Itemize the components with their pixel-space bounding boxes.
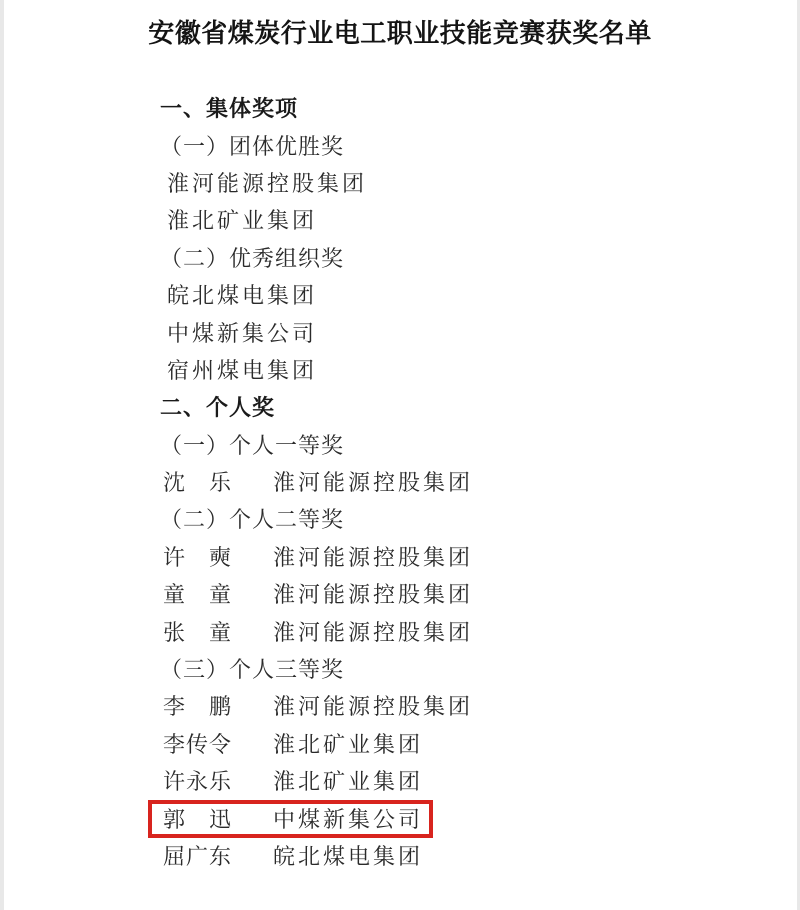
person-name: 郭 迅 xyxy=(163,803,238,834)
subsection-third-prize: （三）个人三等奖 xyxy=(160,650,720,687)
person-name: 张 童 xyxy=(163,616,238,647)
person-org: 淮河能源控股集团 xyxy=(273,578,473,609)
person-row: 屈广东 皖北煤电集团 xyxy=(160,837,720,874)
section-heading-individual: 二、个人奖 xyxy=(160,388,720,425)
person-org: 淮北矿业集团 xyxy=(273,765,423,796)
person-org: 淮河能源控股集团 xyxy=(273,466,473,497)
person-name: 许永乐 xyxy=(163,765,238,796)
person-name: 沈 乐 xyxy=(163,466,238,497)
person-name: 李传令 xyxy=(163,728,238,759)
org-line: 中煤新集公司 xyxy=(160,313,720,350)
person-row: 许 奭 淮河能源控股集团 xyxy=(160,538,720,575)
person-row: 沈 乐 淮河能源控股集团 xyxy=(160,463,720,500)
document-title: 安徽省煤炭行业电工职业技能竞赛获奖名单 xyxy=(0,17,800,51)
org-line: 宿州煤电集团 xyxy=(160,351,720,388)
person-org: 淮河能源控股集团 xyxy=(273,541,473,572)
person-row: 李传令 淮北矿业集团 xyxy=(160,725,720,762)
person-name: 李 鹏 xyxy=(163,690,238,721)
person-row: 李 鹏 淮河能源控股集团 xyxy=(160,687,720,724)
subsection-organization-prize: （二）优秀组织奖 xyxy=(160,239,720,276)
page-edge-left xyxy=(0,0,4,910)
person-row: 许永乐 淮北矿业集团 xyxy=(160,762,720,799)
person-org: 淮河能源控股集团 xyxy=(273,690,473,721)
person-name: 许 奭 xyxy=(163,541,238,572)
person-org: 中煤新集公司 xyxy=(273,803,423,834)
person-name: 童 童 xyxy=(163,578,238,609)
section-heading-collective: 一、集体奖项 xyxy=(160,89,720,126)
document-page: 安徽省煤炭行业电工职业技能竞赛获奖名单 一、集体奖项 （一）团体优胜奖 淮河能源… xyxy=(0,0,800,910)
org-line: 淮河能源控股集团 xyxy=(160,164,720,201)
org-line: 皖北煤电集团 xyxy=(160,276,720,313)
subsection-first-prize: （一）个人一等奖 xyxy=(160,426,720,463)
subsection-team-prize: （一）团体优胜奖 xyxy=(160,126,720,163)
person-org: 淮北矿业集团 xyxy=(273,728,423,759)
person-row: 童 童 淮河能源控股集团 xyxy=(160,575,720,612)
person-name: 屈广东 xyxy=(163,840,238,871)
person-org: 皖北煤电集团 xyxy=(273,840,423,871)
award-list: 一、集体奖项 （一）团体优胜奖 淮河能源控股集团 淮北矿业集团 （二）优秀组织奖… xyxy=(160,89,720,874)
person-row-highlighted: 郭 迅 中煤新集公司 xyxy=(160,799,720,836)
person-org: 淮河能源控股集团 xyxy=(273,616,473,647)
subsection-second-prize: （二）个人二等奖 xyxy=(160,500,720,537)
org-line: 淮北矿业集团 xyxy=(160,201,720,238)
person-row: 张 童 淮河能源控股集团 xyxy=(160,612,720,649)
